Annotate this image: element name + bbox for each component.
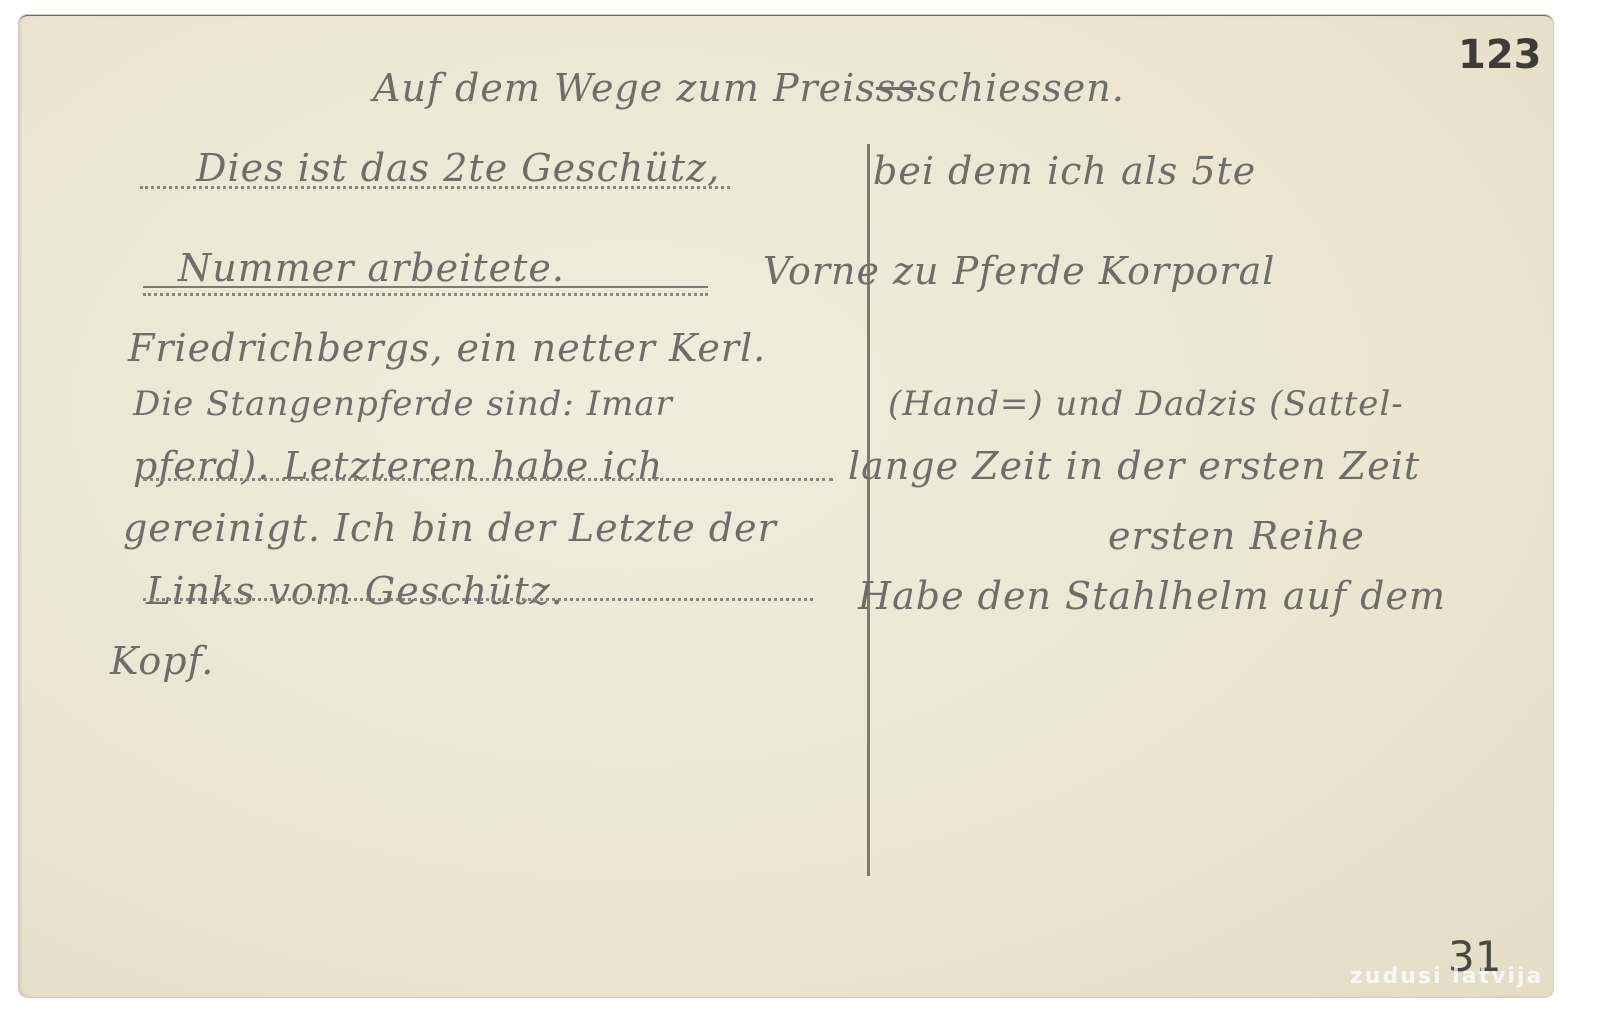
heading-part1: Auf dem Wege zum (373, 66, 760, 110)
underline-2 (143, 286, 708, 288)
line-4-left: Die Stangenpferde sind: Imar (133, 384, 673, 424)
heading-part3: schiessen. (917, 66, 1125, 110)
dotted-rule-1 (140, 186, 730, 189)
heading-line: Auf dem Wege zum Preisssschiessen. (373, 66, 1125, 110)
line-8-left: Kopf. (110, 639, 214, 683)
line-5-right: lange Zeit in der ersten Zeit (848, 444, 1420, 488)
line-6-left: gereinigt. Ich bin der Letzte der (123, 506, 777, 550)
line-2-right: Vorne zu Pferde Korporal (763, 249, 1275, 293)
heading-part2: Preis (773, 66, 876, 110)
heading-struck: ss (876, 66, 917, 110)
dotted-rule-5 (143, 478, 833, 481)
line-7-right: Habe den Stahlhelm auf dem (858, 574, 1446, 618)
archive-number-top: 123 (1458, 32, 1542, 78)
line-6-right: ersten Reihe (1108, 514, 1365, 558)
line-2-left: Nummer arbeitete. (178, 246, 565, 290)
line-5-left: pferd). Letzteren habe ich (133, 444, 663, 488)
line-7-left: Links vom Geschütz. (146, 569, 564, 613)
watermark: zudusi latvija (1350, 964, 1543, 989)
line-1-right: bei dem ich als 5te (873, 149, 1256, 193)
line-1-left: Dies ist das 2te Geschütz, (196, 146, 720, 190)
line-3-left: Friedrichbergs, ein netter Kerl. (128, 326, 766, 370)
line-4-right: (Hand=) und Dadzis (Sattel- (888, 384, 1404, 424)
dotted-rule-7 (143, 598, 813, 601)
dotted-rule-2 (143, 293, 708, 296)
postcard-back: 123 Auf dem Wege zum Preisssschiessen. D… (18, 14, 1554, 998)
